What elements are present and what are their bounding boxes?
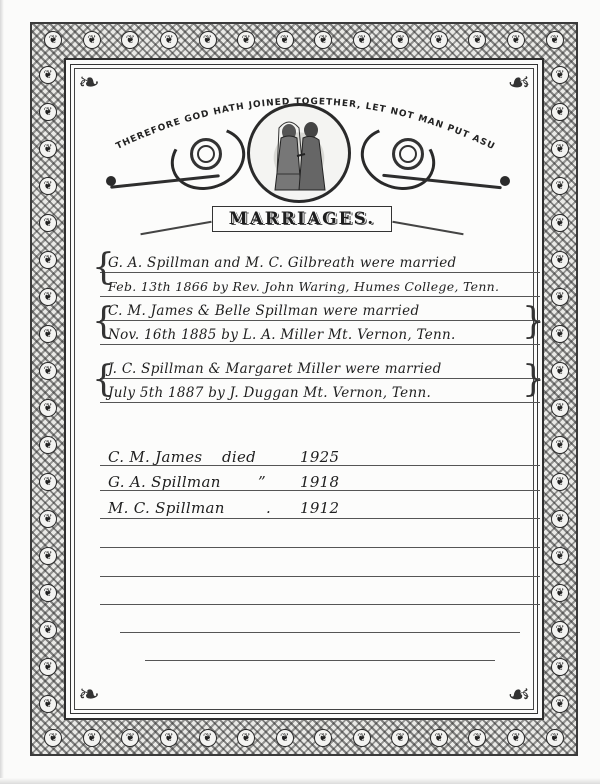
ornament-icon: ❦ bbox=[199, 31, 217, 49]
rule-line bbox=[145, 660, 495, 661]
border-ornament-left: ❦❦❦❦❦❦❦❦❦❦❦❦❦❦❦❦❦❦ bbox=[34, 56, 62, 722]
rule-line bbox=[100, 604, 540, 605]
corner-flourish-icon: ☙ bbox=[504, 680, 534, 710]
ornament-icon: ❦ bbox=[430, 31, 448, 49]
marriage-entry-3-line1: J. C. Spillman & Margaret Miller were ma… bbox=[108, 361, 442, 377]
death-entry-2-name: G. A. Spillman bbox=[108, 473, 221, 491]
ornament-icon: ❦ bbox=[551, 658, 569, 676]
ornament-icon: ❦ bbox=[551, 103, 569, 121]
ornament-icon: ❦ bbox=[39, 214, 57, 232]
page-title-banner: MARRIAGES. bbox=[212, 206, 392, 232]
flourish-dot-icon bbox=[500, 176, 510, 186]
ornament-icon: ❦ bbox=[468, 31, 486, 49]
ornament-icon: ❦ bbox=[39, 399, 57, 417]
flourish-dot-icon bbox=[106, 176, 116, 186]
bride-groom-icon bbox=[259, 114, 339, 192]
death-entry-1-name: C. M. James bbox=[108, 448, 202, 466]
brace-icon: { bbox=[522, 304, 545, 340]
border-ornament-right: ❦❦❦❦❦❦❦❦❦❦❦❦❦❦❦❦❦❦ bbox=[546, 56, 574, 722]
ornament-icon: ❦ bbox=[551, 399, 569, 417]
rule-line bbox=[100, 378, 540, 379]
corner-flourish-icon: ☙ bbox=[504, 68, 534, 98]
death-entry-1-note: died bbox=[222, 448, 256, 466]
ornament-icon: ❦ bbox=[546, 31, 564, 49]
ornament-icon: ❦ bbox=[39, 66, 57, 84]
death-entry-2-note: ” bbox=[258, 473, 266, 491]
swirl-icon bbox=[392, 138, 424, 170]
ornament-icon: ❦ bbox=[551, 140, 569, 158]
ornament-icon: ❦ bbox=[39, 584, 57, 602]
ornament-icon: ❦ bbox=[39, 103, 57, 121]
death-entry-1-year: 1925 bbox=[300, 448, 339, 466]
ornament-icon: ❦ bbox=[546, 729, 564, 747]
ornament-icon: ❦ bbox=[276, 729, 294, 747]
ornament-icon: ❦ bbox=[551, 362, 569, 380]
ornament-icon: ❦ bbox=[551, 214, 569, 232]
rule-line bbox=[100, 344, 540, 345]
death-entry-3-name: M. C. Spillman bbox=[108, 499, 225, 517]
ornament-icon: ❦ bbox=[160, 729, 178, 747]
death-entry-2-year: 1918 bbox=[300, 473, 339, 491]
ornament-icon: ❦ bbox=[551, 584, 569, 602]
scan-edge-shadow bbox=[0, 0, 4, 784]
corner-flourish-icon: ❧ bbox=[74, 68, 104, 98]
ornament-icon: ❦ bbox=[551, 66, 569, 84]
ornament-icon: ❦ bbox=[551, 177, 569, 195]
death-entry-3-note: . bbox=[266, 499, 271, 517]
swirl-icon bbox=[190, 138, 222, 170]
ornament-icon: ❦ bbox=[314, 729, 332, 747]
ornament-icon: ❦ bbox=[551, 621, 569, 639]
page-title: MARRIAGES. bbox=[229, 209, 375, 229]
ornament-icon: ❦ bbox=[121, 729, 139, 747]
ornament-icon: ❦ bbox=[468, 729, 486, 747]
ornament-icon: ❦ bbox=[44, 31, 62, 49]
ornament-icon: ❦ bbox=[199, 729, 217, 747]
ornament-icon: ❦ bbox=[39, 436, 57, 454]
rule-line bbox=[100, 547, 540, 548]
ornament-icon: ❦ bbox=[39, 510, 57, 528]
ornament-icon: ❦ bbox=[276, 31, 294, 49]
rule-line bbox=[100, 296, 540, 297]
ornament-icon: ❦ bbox=[237, 729, 255, 747]
ornament-icon: ❦ bbox=[391, 31, 409, 49]
ornament-icon: ❦ bbox=[353, 729, 371, 747]
marriage-entry-1-line2: Feb. 13th 1866 by Rev. John Waring, Hume… bbox=[108, 279, 499, 294]
ornament-icon: ❦ bbox=[551, 325, 569, 343]
rule-line bbox=[100, 272, 540, 273]
ornament-icon: ❦ bbox=[121, 31, 139, 49]
ornament-icon: ❦ bbox=[507, 729, 525, 747]
marriage-entry-1-line1: G. A. Spillman and M. C. Gilbreath were … bbox=[108, 255, 456, 271]
rule-line bbox=[120, 632, 520, 633]
ornament-icon: ❦ bbox=[39, 288, 57, 306]
ornament-icon: ❦ bbox=[39, 140, 57, 158]
border-ornament-top: ❦❦❦❦❦❦❦❦❦❦❦❦❦❦ bbox=[34, 26, 574, 54]
border-ornament-bottom: ❦❦❦❦❦❦❦❦❦❦❦❦❦❦ bbox=[34, 724, 574, 752]
ornament-icon: ❦ bbox=[551, 547, 569, 565]
ornament-icon: ❦ bbox=[391, 729, 409, 747]
ornament-icon: ❦ bbox=[551, 251, 569, 269]
ornament-icon: ❦ bbox=[160, 31, 178, 49]
ornament-icon: ❦ bbox=[44, 729, 62, 747]
ornament-icon: ❦ bbox=[551, 288, 569, 306]
ornament-icon: ❦ bbox=[39, 473, 57, 491]
ornament-icon: ❦ bbox=[551, 510, 569, 528]
ornament-icon: ❦ bbox=[83, 729, 101, 747]
ornament-icon: ❦ bbox=[39, 177, 57, 195]
ornament-icon: ❦ bbox=[39, 325, 57, 343]
corner-flourish-icon: ❧ bbox=[74, 680, 104, 710]
ornament-icon: ❦ bbox=[39, 251, 57, 269]
ornament-icon: ❦ bbox=[430, 729, 448, 747]
rule-line bbox=[100, 320, 540, 321]
ornament-icon: ❦ bbox=[39, 658, 57, 676]
ornament-icon: ❦ bbox=[353, 31, 371, 49]
ornament-icon: ❦ bbox=[237, 31, 255, 49]
ornament-icon: ❦ bbox=[39, 362, 57, 380]
ornament-icon: ❦ bbox=[507, 31, 525, 49]
rule-line bbox=[100, 576, 540, 577]
ornament-icon: ❦ bbox=[83, 31, 101, 49]
ornament-icon: ❦ bbox=[551, 473, 569, 491]
wedding-couple-medallion bbox=[247, 103, 351, 203]
rule-line bbox=[100, 518, 540, 519]
marriage-entry-2-line1: C. M. James & Belle Spillman were marrie… bbox=[108, 303, 419, 319]
scan-edge-shadow-bottom bbox=[0, 778, 600, 784]
brace-icon: { bbox=[522, 362, 545, 398]
ornament-icon: ❦ bbox=[39, 621, 57, 639]
ornament-icon: ❦ bbox=[39, 547, 57, 565]
ornament-icon: ❦ bbox=[39, 695, 57, 713]
ornament-icon: ❦ bbox=[551, 436, 569, 454]
rule-line bbox=[100, 402, 540, 403]
ornament-icon: ❦ bbox=[314, 31, 332, 49]
marriage-entry-3-line2: July 5th 1887 by J. Duggan Mt. Vernon, T… bbox=[108, 385, 431, 401]
marriage-entry-2-line2: Nov. 16th 1885 by L. A. Miller Mt. Verno… bbox=[108, 327, 456, 343]
ornament-icon: ❦ bbox=[551, 695, 569, 713]
death-entry-3-year: 1912 bbox=[300, 499, 339, 517]
